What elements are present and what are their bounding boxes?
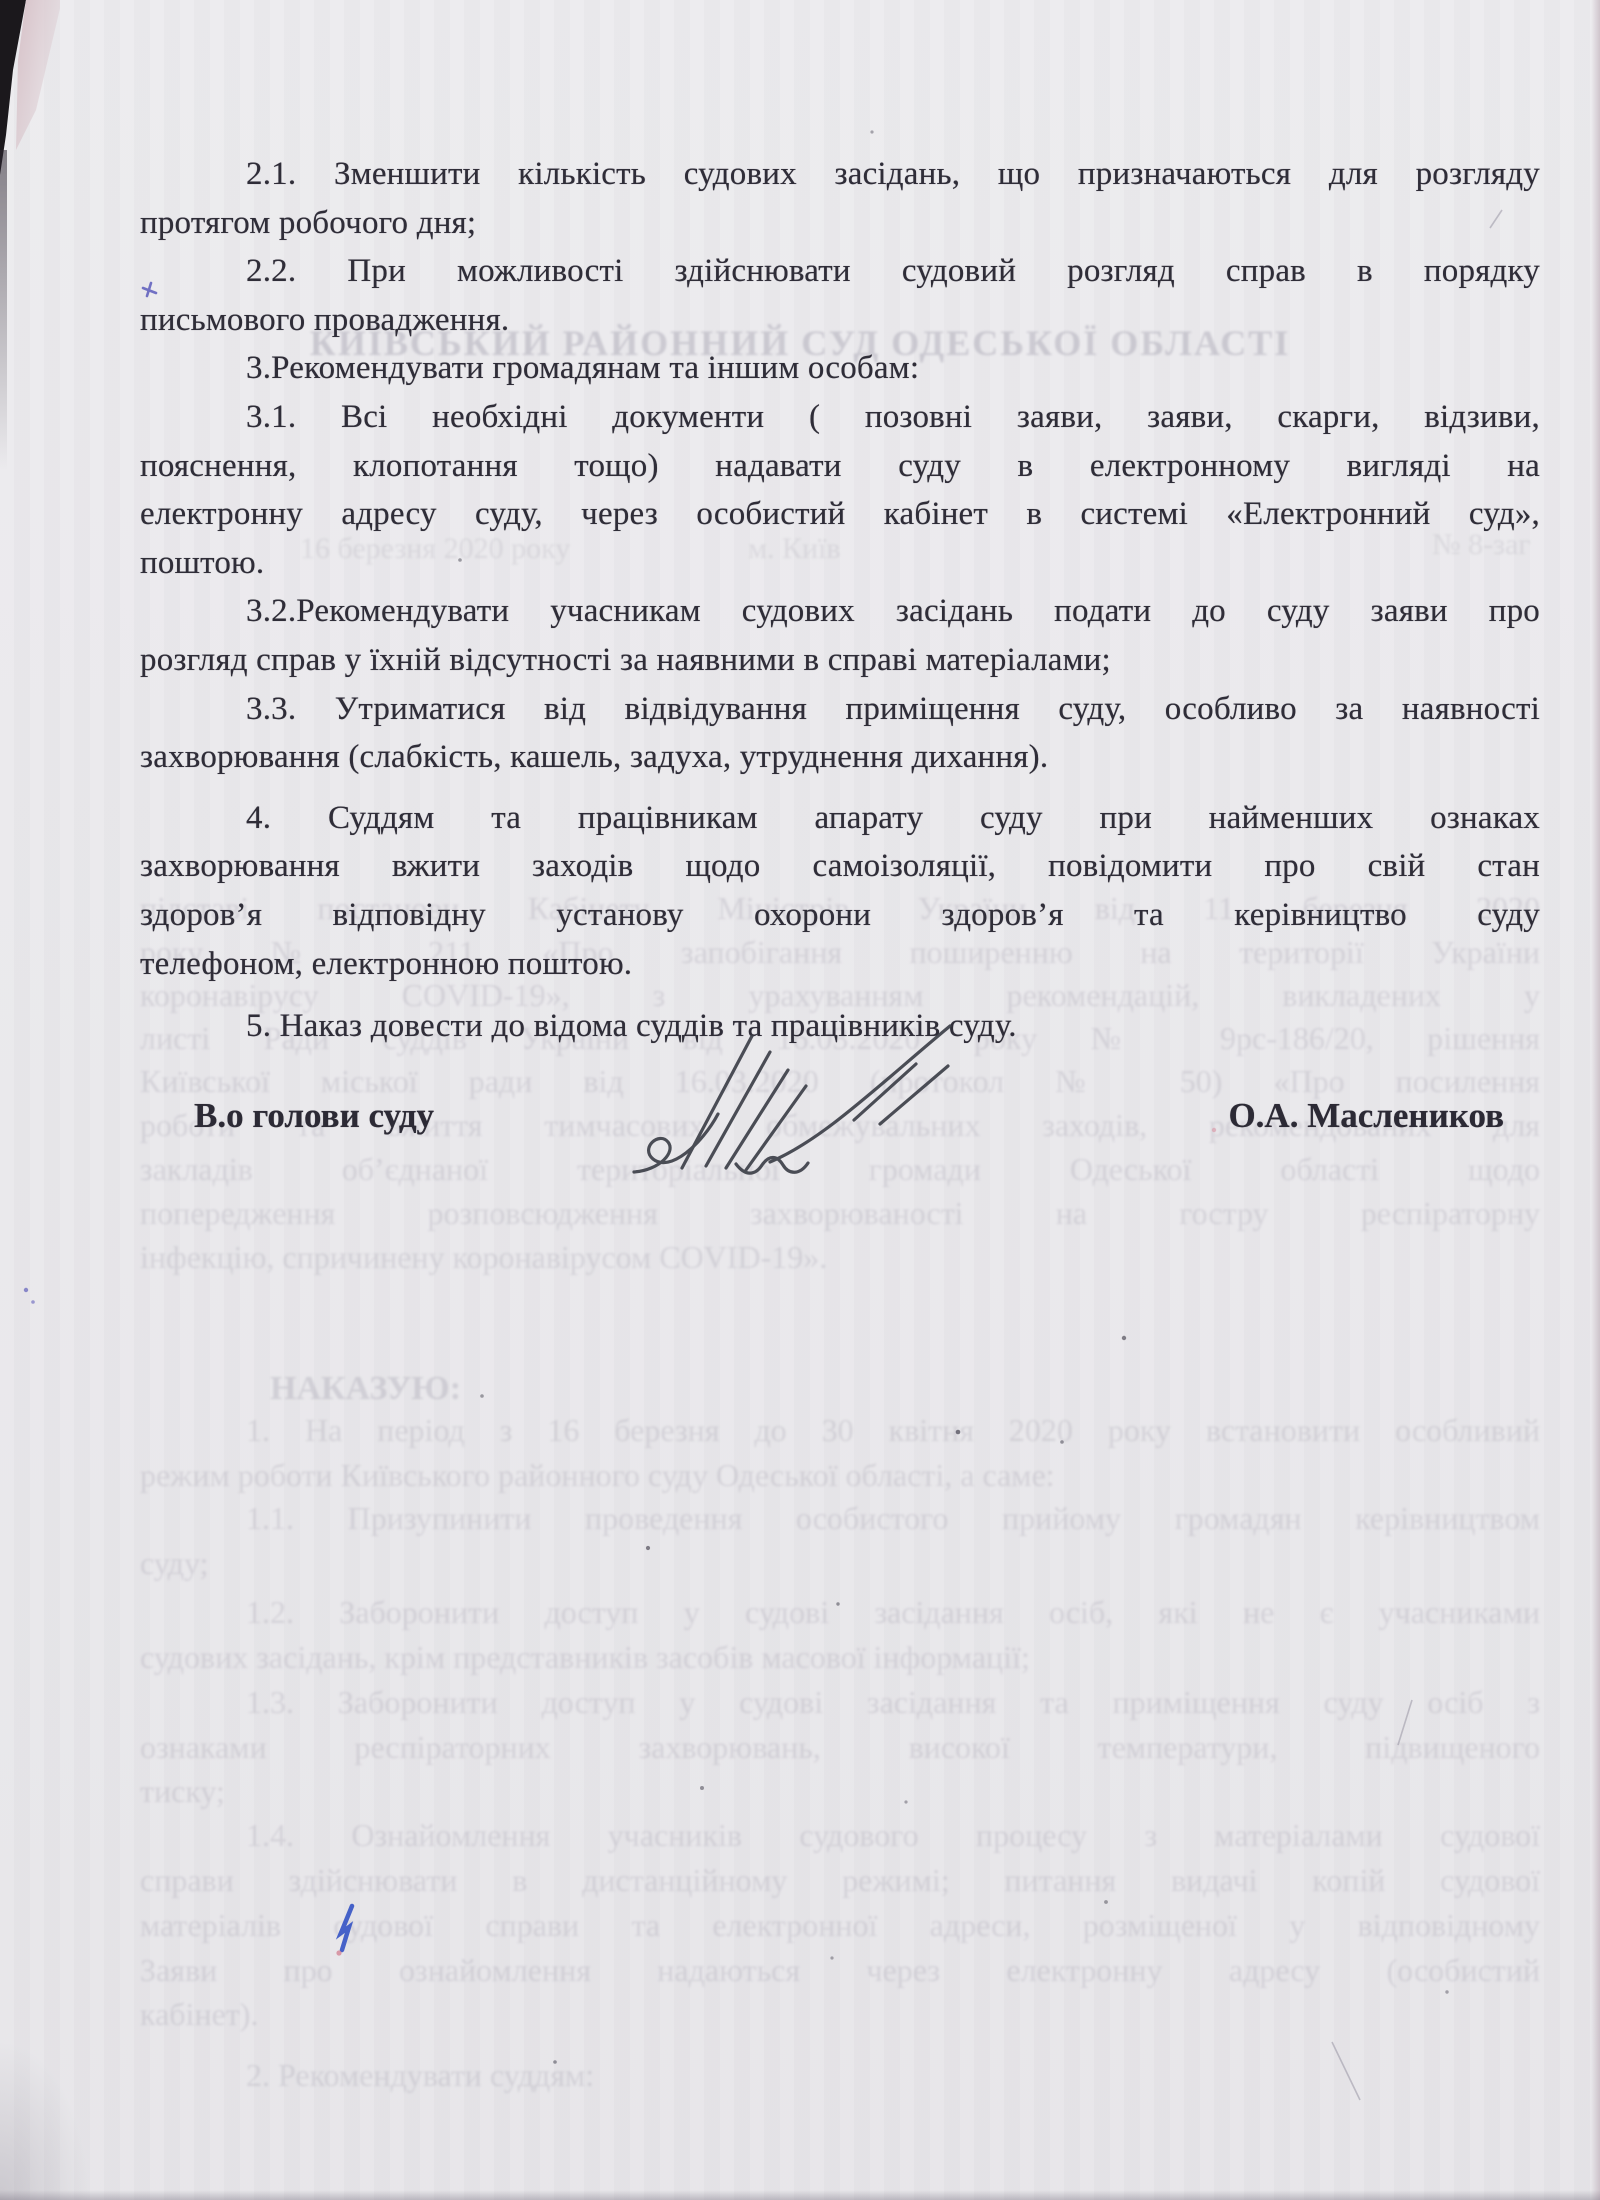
- bleedthrough-line: суду;: [140, 1541, 1540, 1585]
- bleedthrough-line: тиску;: [140, 1769, 1540, 1813]
- bleedthrough-line: режим роботи Київського районного суду О…: [140, 1453, 1540, 1497]
- scan-edge-right: [1591, 0, 1600, 2200]
- text-line: 3.Рекомендувати громадянам та іншим особ…: [140, 344, 1540, 393]
- text-line: пояснення, клопотання тощо) надавати суд…: [140, 442, 1540, 491]
- bleedthrough-line: судових засідань, крім представників зас…: [140, 1635, 1540, 1679]
- text-line: захворювання (слабкість, кашель, задуха,…: [140, 733, 1540, 782]
- bleedthrough-line: ознаками респіраторних захворювань, висо…: [140, 1725, 1540, 1769]
- order-text-block: 2.1. Зменшити кількість судових засідань…: [140, 150, 1540, 1051]
- bleedthrough-line: 2. Рекомендувати суддям:: [140, 2053, 1540, 2097]
- scan-shadow-bottom-left: [0, 2040, 90, 2200]
- text-line: 3.2.Рекомендувати учасникам судових засі…: [140, 587, 1540, 636]
- signer-role-label: В.о голови суду: [194, 1096, 434, 1136]
- text-line: 5. Наказ довести до відома суддів та пра…: [140, 1002, 1540, 1051]
- text-line: протягом робочого дня;: [140, 199, 1540, 248]
- signature-row: В.о голови суду О.А. Маслеников: [140, 1096, 1540, 1156]
- text-line: здоров’я відповідну установу охорони здо…: [140, 891, 1540, 940]
- text-line: письмового провадження.: [140, 296, 1540, 345]
- blue-pen-stroke-icon: [341, 1906, 352, 1950]
- text-line: 2.2. При можливості здійснювати судовий …: [140, 247, 1540, 296]
- bleedthrough-line: 1.1. Призупинити проведення особистого п…: [140, 1496, 1540, 1540]
- text-line: телефоном, електронною поштою.: [140, 940, 1540, 989]
- scanned-document-page: КИЇВСЬКИЙ РАЙОННИЙ СУД ОДЕСЬКОЇ ОБЛАСТІ …: [0, 0, 1600, 2200]
- scan-edge-left: [0, 150, 7, 470]
- text-line: 4. Суддям та працівникам апарату суду пр…: [140, 794, 1540, 843]
- bleedthrough-line: Заяви про ознайомлення надаються через е…: [140, 1948, 1540, 1992]
- scan-edge-top-left: [0, 0, 30, 175]
- text-line: електронну адресу суду, через особистий …: [140, 490, 1540, 539]
- text-line: захворювання вжити заходів щодо самоізол…: [140, 842, 1540, 891]
- text-line: розгляд справ у їхній відсутності за ная…: [140, 636, 1540, 685]
- bleedthrough-line: 1.3. Заборонити доступ у судові засіданн…: [140, 1680, 1540, 1724]
- bleedthrough-line: 1.2. Заборонити доступ у судові засіданн…: [140, 1590, 1540, 1634]
- text-line: 2.1. Зменшити кількість судових засідань…: [140, 150, 1540, 199]
- bleedthrough-line: інфекцію, спричинену коронавірусом COVID…: [140, 1235, 1540, 1279]
- signer-name-label: О.А. Маслеников: [1228, 1096, 1504, 1136]
- text-line: 3.3. Утриматися від відвідування приміще…: [140, 685, 1540, 734]
- bleedthrough-line: попередження розповсюдження захворюванос…: [140, 1191, 1540, 1235]
- text-line: 3.1. Всі необхідні документи ( позовні з…: [140, 393, 1540, 442]
- bleedthrough-line: справи здійснювати в дистанційному режим…: [140, 1858, 1540, 1902]
- red-speck: [336, 1950, 341, 1955]
- bleedthrough-line: 1. На період з 16 березня до 30 квітня 2…: [140, 1408, 1540, 1452]
- text-line: поштою.: [140, 539, 1540, 588]
- bleedthrough-line: матеріалів судової справи та електронної…: [140, 1903, 1540, 1947]
- scan-edge-pink-strip: [10, 0, 60, 150]
- bleedthrough-line: кабінет).: [140, 1992, 1540, 2036]
- scan-edge-bottom: [0, 2190, 1600, 2200]
- bleedthrough-order-word: НАКАЗУЮ:: [270, 1370, 461, 1408]
- bleedthrough-line: 1.4. Ознайомлення учасників судового про…: [140, 1813, 1540, 1857]
